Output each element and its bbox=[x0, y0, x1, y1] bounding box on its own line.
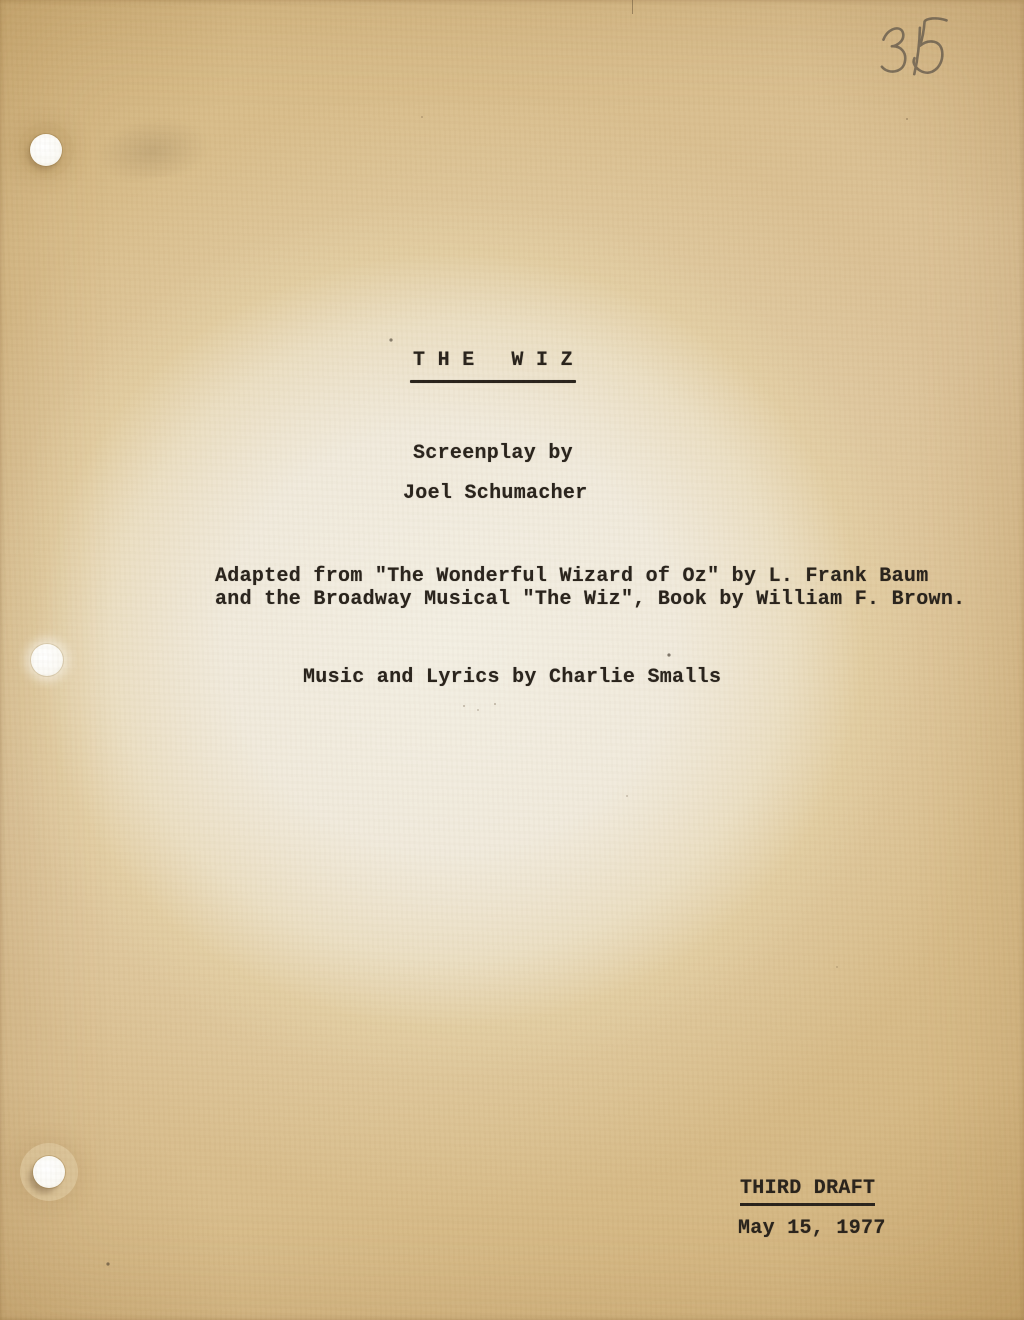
adaptation-credit-line2: and the Broadway Musical "The Wiz", Book… bbox=[215, 588, 965, 611]
page-title: T H E W I Z bbox=[413, 349, 573, 372]
draft-label: THIRD DRAFT bbox=[740, 1177, 875, 1206]
byline-label: Screenplay by bbox=[413, 442, 573, 465]
paper-specks bbox=[0, 0, 2, 2]
author-name: Joel Schumacher bbox=[403, 482, 588, 505]
handwritten-page-number: 315 bbox=[872, 14, 959, 84]
paper-hairline-mark bbox=[632, 0, 633, 14]
adaptation-credit-line1: Adapted from "The Wonderful Wizard of Oz… bbox=[215, 565, 929, 588]
paper-smudge bbox=[91, 110, 213, 185]
draft-date: May 15, 1977 bbox=[738, 1217, 886, 1240]
hole-punch-top bbox=[30, 134, 62, 166]
music-credit: Music and Lyrics by Charlie Smalls bbox=[303, 666, 721, 689]
hole-punch-bottom bbox=[33, 1156, 65, 1188]
screenplay-title-page: 315 T H E W I Z Screenplay by Joel Schum… bbox=[0, 0, 1024, 1320]
hole-punch-middle bbox=[31, 644, 63, 676]
digit-3-stroke bbox=[880, 28, 906, 72]
title-underline bbox=[410, 380, 576, 383]
